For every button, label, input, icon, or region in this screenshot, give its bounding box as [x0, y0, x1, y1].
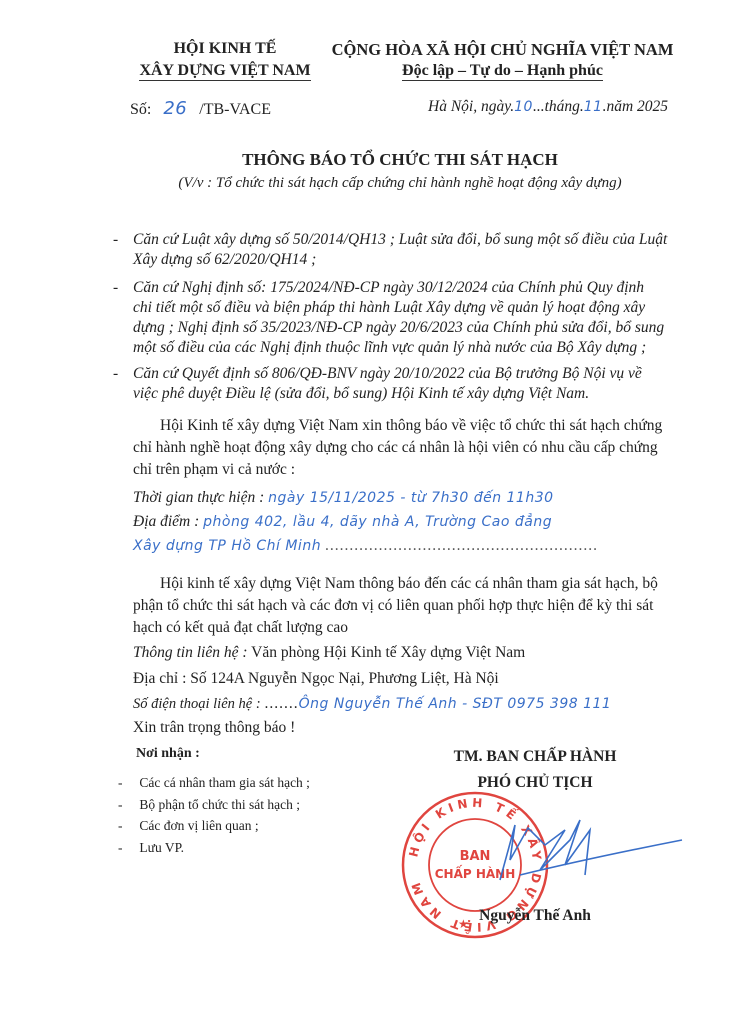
recipient-item: - Bộ phận tổ chức thi sát hạch ;: [118, 794, 310, 816]
date-month: 11: [584, 99, 603, 115]
recipient-item: - Lưu VP.: [118, 837, 310, 859]
bullet-dash: -: [113, 364, 118, 384]
recipient-item: - Các đơn vị liên quan ;: [118, 815, 310, 837]
document-date: Hà Nội, ngày.10...tháng.11.năm 2025: [428, 98, 668, 116]
basis-2-line-3: dựng ; Nghị định số 35/2023/NĐ-CP ngày 2…: [133, 318, 664, 338]
exam-time: Thời gian thực hiện : ngày 15/11/2025 - …: [133, 488, 554, 508]
date-suffix: .năm 2025: [603, 98, 668, 115]
document-number: Số: 26 /TB-VACE: [130, 98, 271, 119]
phone-label: Số điện thoại liên hệ :: [133, 696, 261, 712]
phone: Số điện thoại liên hệ : .......Ông Nguyễ…: [133, 694, 611, 714]
notice-subtitle: (V/v : Tổ chức thi sát hạch cấp chứng ch…: [100, 175, 700, 192]
signatory-name: Nguyễn Thế Anh: [440, 907, 630, 925]
phone-value: Ông Nguyễn Thế Anh - SĐT 0975 398 111: [299, 696, 612, 712]
intro-line-1: Hội Kinh tế xây dựng Việt Nam xin thông …: [160, 416, 662, 436]
time-value: ngày 15/11/2025 - từ 7h30 đến 11h30: [268, 490, 553, 506]
closing: Xin trân trọng thông báo !: [133, 718, 295, 738]
bullet-dash: -: [113, 230, 118, 250]
contact-value: Văn phòng Hội Kinh tế Xây dựng Việt Nam: [251, 644, 525, 661]
number-value: 26: [163, 98, 187, 119]
recipients-list: - Các cá nhân tham gia sát hạch ; - Bộ p…: [118, 772, 310, 858]
number-suffix: /TB-VACE: [199, 101, 271, 118]
notice-line-2: phận tổ chức thi sát hạch và các đơn vị …: [133, 596, 653, 616]
motto: Độc lập – Tự do – Hạnh phúc: [325, 62, 680, 80]
handwritten-signature-icon: [470, 800, 690, 900]
basis-1-line-1: Căn cứ Luật xây dựng số 50/2014/QH13 ; L…: [133, 230, 667, 250]
exam-place-continued: Xây dựng TP Hồ Chí Minh ................…: [133, 536, 598, 556]
recipient-item: - Các cá nhân tham gia sát hạch ;: [118, 772, 310, 794]
contact-info: Thông tin liên hệ : Văn phòng Hội Kinh t…: [133, 643, 525, 663]
org-name-line2-text: XÂY DỰNG VIỆT NAM: [139, 62, 310, 81]
notice-line-3: hạch có kết quả đạt chất lượng cao: [133, 618, 348, 638]
number-label: Số:: [130, 101, 151, 118]
org-name-line1: HỘI KINH TẾ: [135, 40, 315, 58]
time-label: Thời gian thực hiện :: [133, 489, 264, 506]
bullet-dash: -: [113, 278, 118, 298]
basis-1-line-2: Xây dựng số 62/2020/QH14 ;: [133, 250, 316, 270]
dotted-fill: .......: [265, 695, 299, 712]
recipients-label: Nơi nhận :: [136, 746, 200, 762]
place-label: Địa điểm :: [133, 513, 199, 530]
date-day: 10: [514, 99, 533, 115]
notice-line-1: Hội kinh tế xây dựng Việt Nam thông báo …: [160, 574, 658, 594]
address: Địa chỉ : Số 124A Nguyễn Ngọc Nại, Phươn…: [133, 669, 499, 689]
intro-line-3: chỉ trên phạm vi cả nước :: [133, 460, 295, 480]
recipient-text: Các đơn vị liên quan ;: [139, 818, 258, 833]
basis-2-line-1: Căn cứ Nghị định số: 175/2024/NĐ-CP ngày…: [133, 278, 644, 298]
dotted-fill: ........................................…: [325, 537, 598, 554]
notice-title: THÔNG BÁO TỔ CHỨC THI SÁT HẠCH: [100, 150, 700, 170]
org-name-line2: XÂY DỰNG VIỆT NAM: [135, 62, 315, 80]
place-value-line-2: Xây dựng TP Hồ Chí Minh: [133, 538, 321, 554]
date-mid: ...tháng.: [533, 98, 584, 115]
basis-3-line-1: Căn cứ Quyết định số 806/QĐ-BNV ngày 20/…: [133, 364, 642, 384]
contact-label: Thông tin liên hệ :: [133, 644, 248, 661]
place-value-line-1: phòng 402, lầu 4, dãy nhà A, Trường Cao …: [203, 514, 552, 530]
basis-2-line-2: chi tiết một số điều và biện pháp thi hà…: [133, 298, 645, 318]
basis-3-line-2: việc phê duyệt Điều lệ (sửa đổi, bổ sung…: [133, 384, 589, 404]
exam-place: Địa điểm : phòng 402, lầu 4, dãy nhà A, …: [133, 512, 552, 532]
motto-text: Độc lập – Tự do – Hạnh phúc: [402, 62, 603, 81]
date-prefix: Hà Nội, ngày.: [428, 98, 514, 115]
recipient-text: Các cá nhân tham gia sát hạch ;: [139, 775, 310, 790]
recipient-text: Bộ phận tổ chức thi sát hạch ;: [139, 797, 300, 812]
recipient-text: Lưu VP.: [139, 840, 184, 855]
signature-title-1: TM. BAN CHẤP HÀNH: [420, 748, 650, 766]
intro-line-2: chỉ hành nghề hoạt động xây dựng cho các…: [133, 438, 658, 458]
country-name: CỘNG HÒA XÃ HỘI CHỦ NGHĨA VIỆT NAM: [325, 40, 680, 60]
basis-2-line-4: một số điều của các Nghị định thuộc lĩnh…: [133, 338, 646, 358]
